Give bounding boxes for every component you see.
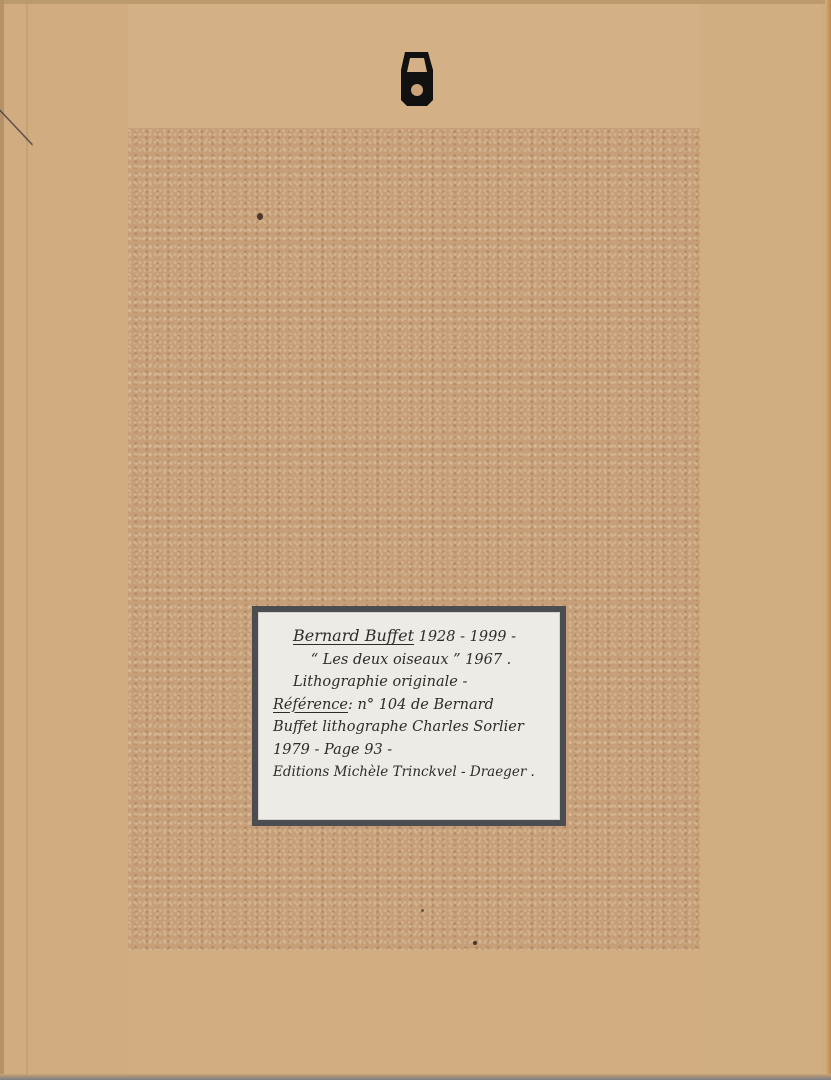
label-artist-dates: 1928 - 1999 - [419,629,516,645]
label-medium-line: Lithographie originale - [273,671,549,694]
label-reference-text: : n° 104 de Bernard [348,697,494,713]
hardboard-backing [128,128,700,950]
label-reference-line2: Buffet lithographe Charles Sorlier [273,716,549,739]
tape-strip-right [700,4,821,1074]
label-publisher-line: Editions Michèle Trinckvel - Draeger . [273,761,549,784]
tape-seam-left [26,4,28,1074]
label-reference-line: Référence: n° 104 de Bernard [273,694,549,717]
label-artist-name: Bernard Buffet [293,626,414,645]
sawtooth-hanger-icon[interactable] [400,50,434,108]
hanger-icon [400,50,434,108]
frame-edge-bottom [0,1074,831,1080]
provenance-label: Bernard Buffet 1928 - 1999 - “ Les deux … [252,606,566,826]
label-card: Bernard Buffet 1928 - 1999 - “ Les deux … [258,612,560,820]
tape-strip-left [4,4,128,1074]
label-artist-line: Bernard Buffet 1928 - 1999 - [273,625,549,649]
stain-spot [257,213,263,220]
label-title-line: “ Les deux oiseaux ” 1967 . [273,649,549,672]
frame-edge-right [825,0,831,1080]
label-reference-label: Référence [273,697,348,713]
stain-spot [473,941,477,945]
stain-spot [421,909,424,912]
tape-strip-bottom [128,950,700,1074]
label-reference-line3: 1979 - Page 93 - [273,739,549,762]
